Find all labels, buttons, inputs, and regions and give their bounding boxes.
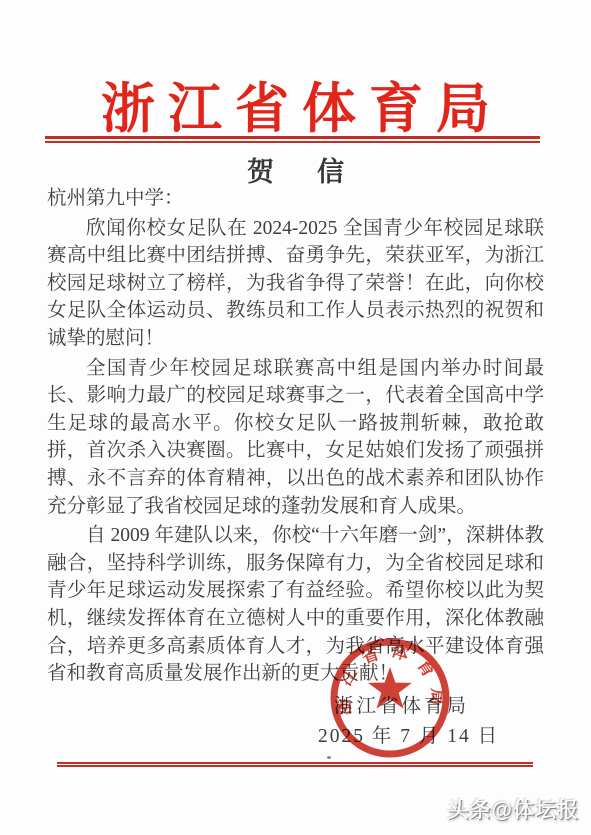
letter-body: 杭州第九中学： 欣闻你校女足队在 2024-2025 全国青少年校园足球联赛高中… [47,185,544,690]
red-star-icon [368,667,412,709]
org-title: 浙江省体育局 [0,66,591,143]
letter-title: 贺 信 [0,150,591,189]
stray-ink-dot [327,756,331,759]
paragraph-2: 全国青少年校园足球联赛高中组是国内举办时间最长、影响力最广的校园足球赛事之一，代… [47,355,544,521]
official-seal: 浙江省体育局 [308,616,472,780]
watermark-toutiao-titanbao: 头条@体坛报 [448,794,579,824]
footer-divider-line [57,762,533,767]
header-divider-line [45,136,540,143]
letter-page: 浙江省体育局 贺 信 杭州第九中学： 欣闻你校女足队在 2024-2025 全国… [0,0,591,835]
salutation: 杭州第九中学： [47,185,544,213]
paragraph-1: 欣闻你校女足队在 2024-2025 全国青少年校园足球联赛高中组比赛中团结拼搏… [47,215,544,353]
